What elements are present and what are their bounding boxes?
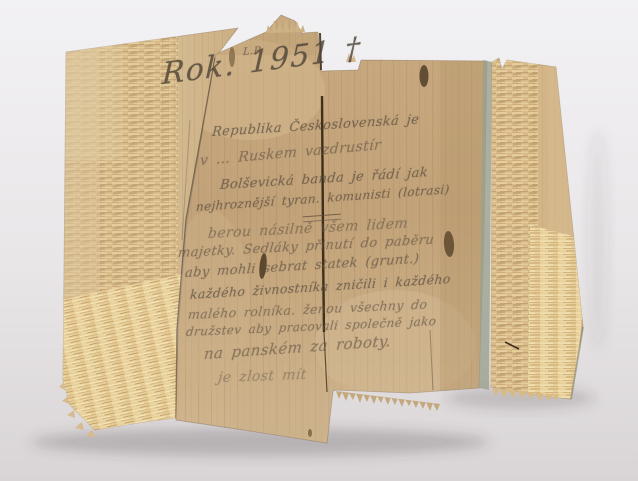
manuscript-text: L.P. Rok. 1951 † Republika Československ… bbox=[0, 0, 638, 481]
manuscript-line-11: na panském za roboty. bbox=[203, 334, 391, 362]
manuscript-heading: Rok. 1951 † bbox=[161, 34, 362, 91]
manuscript-line-12: je zlost mít bbox=[217, 368, 307, 385]
manuscript-line-2: v … Ruskem vazdrustír bbox=[200, 138, 382, 168]
artifact-photo: L.P. Rok. 1951 † Republika Československ… bbox=[0, 0, 638, 481]
manuscript-line-1: Republika Československá je bbox=[211, 113, 419, 139]
